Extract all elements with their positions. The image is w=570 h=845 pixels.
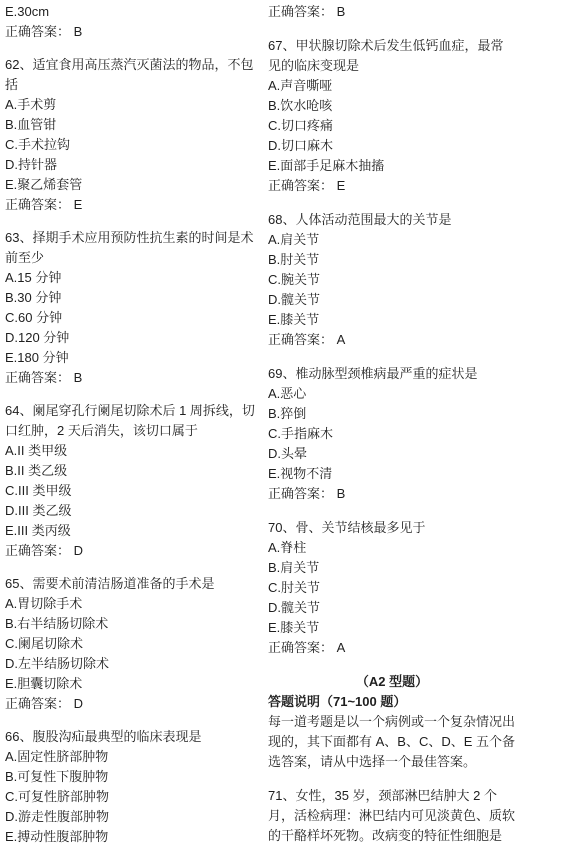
question-69-option-b: B.猝倒 [268,404,516,424]
question-63-option-d: D.120 分钟 [5,328,258,348]
question-61-option-e: E.30cm [5,2,258,22]
question-67: 67、甲状腺切除术后发生低钙血症，最常见的临床变现是 A.声音嘶哑 B.饮水呛咳… [268,36,516,196]
question-69-option-c: C.手指麻木 [268,424,516,444]
question-70-option-e: E.膝关节 [268,618,516,638]
question-63-option-c: C.60 分钟 [5,308,258,328]
question-69-option-d: D.头晕 [268,444,516,464]
question-61-fragment: E.30cm 正确答案： B [5,2,258,42]
question-63-option-e: E.180 分钟 [5,348,258,368]
question-64-option-a: A.II 类甲级 [5,441,258,461]
question-68-answer: 正确答案： A [268,330,516,350]
question-66-option-a: A.固定性脐部肿物 [5,747,258,767]
question-62-answer: 正确答案： E [5,195,258,215]
question-70-option-d: D.髋关节 [268,598,516,618]
question-70-option-c: C.肘关节 [268,578,516,598]
question-68-option-b: B.肘关节 [268,250,516,270]
question-70: 70、骨、关节结核最多见于 A.脊柱 B.肩关节 C.肘关节 D.髋关节 E.膝… [268,518,516,658]
question-65-option-b: B.右半结肠切除术 [5,614,258,634]
question-71: 71、女性，35 岁，颈部淋巴结肿大 2 个月，活检病理：淋巴结内可见淡黄色、质… [268,786,516,845]
question-67-option-b: B.饮水呛咳 [268,96,516,116]
question-62-option-d: D.持针器 [5,155,258,175]
question-69-stem: 69、椎动脉型颈椎病最严重的症状是 [268,364,516,384]
question-68-option-c: C.腕关节 [268,270,516,290]
question-62-option-b: B.血管钳 [5,115,258,135]
question-64-option-c: C.III 类甲级 [5,481,258,501]
question-70-stem: 70、骨、关节结核最多见于 [268,518,516,538]
question-61-answer: 正确答案： B [5,22,258,42]
question-68-option-d: D.髋关节 [268,290,516,310]
question-68-option-e: E.膝关节 [268,310,516,330]
question-64-option-d: D.III 类乙级 [5,501,258,521]
question-65-answer: 正确答案： D [5,694,258,714]
question-65-option-a: A.胃切除手术 [5,594,258,614]
question-67-option-e: E.面部手足麻木抽搐 [268,156,516,176]
question-67-option-a: A.声音嘶哑 [268,76,516,96]
question-65-stem: 65、需要术前清洁肠道准备的手术是 [5,574,258,594]
question-66-answer-fragment: 正确答案： B [268,2,516,22]
question-63-answer: 正确答案： B [5,368,258,388]
question-68: 68、人体活动范围最大的关节是 A.肩关节 B.肘关节 C.腕关节 D.髋关节 … [268,210,516,350]
question-62-option-e: E.聚乙烯套管 [5,175,258,195]
question-64-option-b: B.II 类乙级 [5,461,258,481]
question-69-option-a: A.恶心 [268,384,516,404]
question-64: 64、阑尾穿孔行阑尾切除术后 1 周拆线，切口红肿，2 天后消失，该切口属于 A… [5,401,258,561]
question-64-answer: 正确答案： D [5,541,258,561]
question-70-option-a: A.脊柱 [268,538,516,558]
question-67-answer: 正确答案： E [268,176,516,196]
section-a2: （A2 型题） 答题说明（71~100 题） 每一道考题是以一个病例或一个复杂情… [268,672,516,772]
question-64-stem: 64、阑尾穿孔行阑尾切除术后 1 周拆线，切口红肿，2 天后消失，该切口属于 [5,401,258,441]
question-69-option-e: E.视物不清 [268,464,516,484]
question-65-option-d: D.左半结肠切除术 [5,654,258,674]
question-63-stem: 63、择期手术应用预防性抗生素的时间是术前至少 [5,228,258,268]
question-62-stem: 62、适宜食用高压蒸汽灭菌法的物品，不包括 [5,55,258,95]
question-64-option-e: E.III 类丙级 [5,521,258,541]
question-68-option-a: A.肩关节 [268,230,516,250]
question-68-stem: 68、人体活动范围最大的关节是 [268,210,516,230]
section-a2-instructions-heading: 答题说明（71~100 题） [268,692,516,712]
question-66-answer: 正确答案： B [268,2,516,22]
question-66-option-e: E.搏动性腹部肿物 [5,827,258,845]
section-a2-heading: （A2 型题） [268,672,516,692]
question-65-option-c: C.阑尾切除术 [5,634,258,654]
question-66-option-d: D.游走性腹部肿物 [5,807,258,827]
question-71-stem: 71、女性，35 岁，颈部淋巴结肿大 2 个月，活检病理：淋巴结内可见淡黄色、质… [268,786,516,845]
question-70-answer: 正确答案： A [268,638,516,658]
right-column: 正确答案： B 67、甲状腺切除术后发生低钙血症，最常见的临床变现是 A.声音嘶… [268,2,516,845]
question-70-option-b: B.肩关节 [268,558,516,578]
question-69-answer: 正确答案： B [268,484,516,504]
exam-document-page: E.30cm 正确答案： B 62、适宜食用高压蒸汽灭菌法的物品，不包括 A.手… [0,0,570,845]
question-62: 62、适宜食用高压蒸汽灭菌法的物品，不包括 A.手术剪 B.血管钳 C.手术拉钩… [5,55,258,215]
question-63-option-b: B.30 分钟 [5,288,258,308]
question-67-stem: 67、甲状腺切除术后发生低钙血症，最常见的临床变现是 [268,36,516,76]
question-67-option-c: C.切口疼痛 [268,116,516,136]
question-63-option-a: A.15 分钟 [5,268,258,288]
question-66-stem: 66、腹股沟疝最典型的临床表现是 [5,727,258,747]
left-column: E.30cm 正确答案： B 62、适宜食用高压蒸汽灭菌法的物品，不包括 A.手… [5,2,258,845]
question-65: 65、需要术前清洁肠道准备的手术是 A.胃切除手术 B.右半结肠切除术 C.阑尾… [5,574,258,714]
question-66-option-c: C.可复性脐部肿物 [5,787,258,807]
question-66: 66、腹股沟疝最典型的临床表现是 A.固定性脐部肿物 B.可复性下腹肿物 C.可… [5,727,258,845]
question-65-option-e: E.胆囊切除术 [5,674,258,694]
question-66-option-b: B.可复性下腹肿物 [5,767,258,787]
section-a2-instructions-text: 每一道考题是以一个病例或一个复杂情况出现的，其下面都有 A、B、C、D、E 五个… [268,712,516,772]
question-69: 69、椎动脉型颈椎病最严重的症状是 A.恶心 B.猝倒 C.手指麻木 D.头晕 … [268,364,516,504]
question-67-option-d: D.切口麻木 [268,136,516,156]
question-62-option-c: C.手术拉钩 [5,135,258,155]
question-63: 63、择期手术应用预防性抗生素的时间是术前至少 A.15 分钟 B.30 分钟 … [5,228,258,388]
question-62-option-a: A.手术剪 [5,95,258,115]
